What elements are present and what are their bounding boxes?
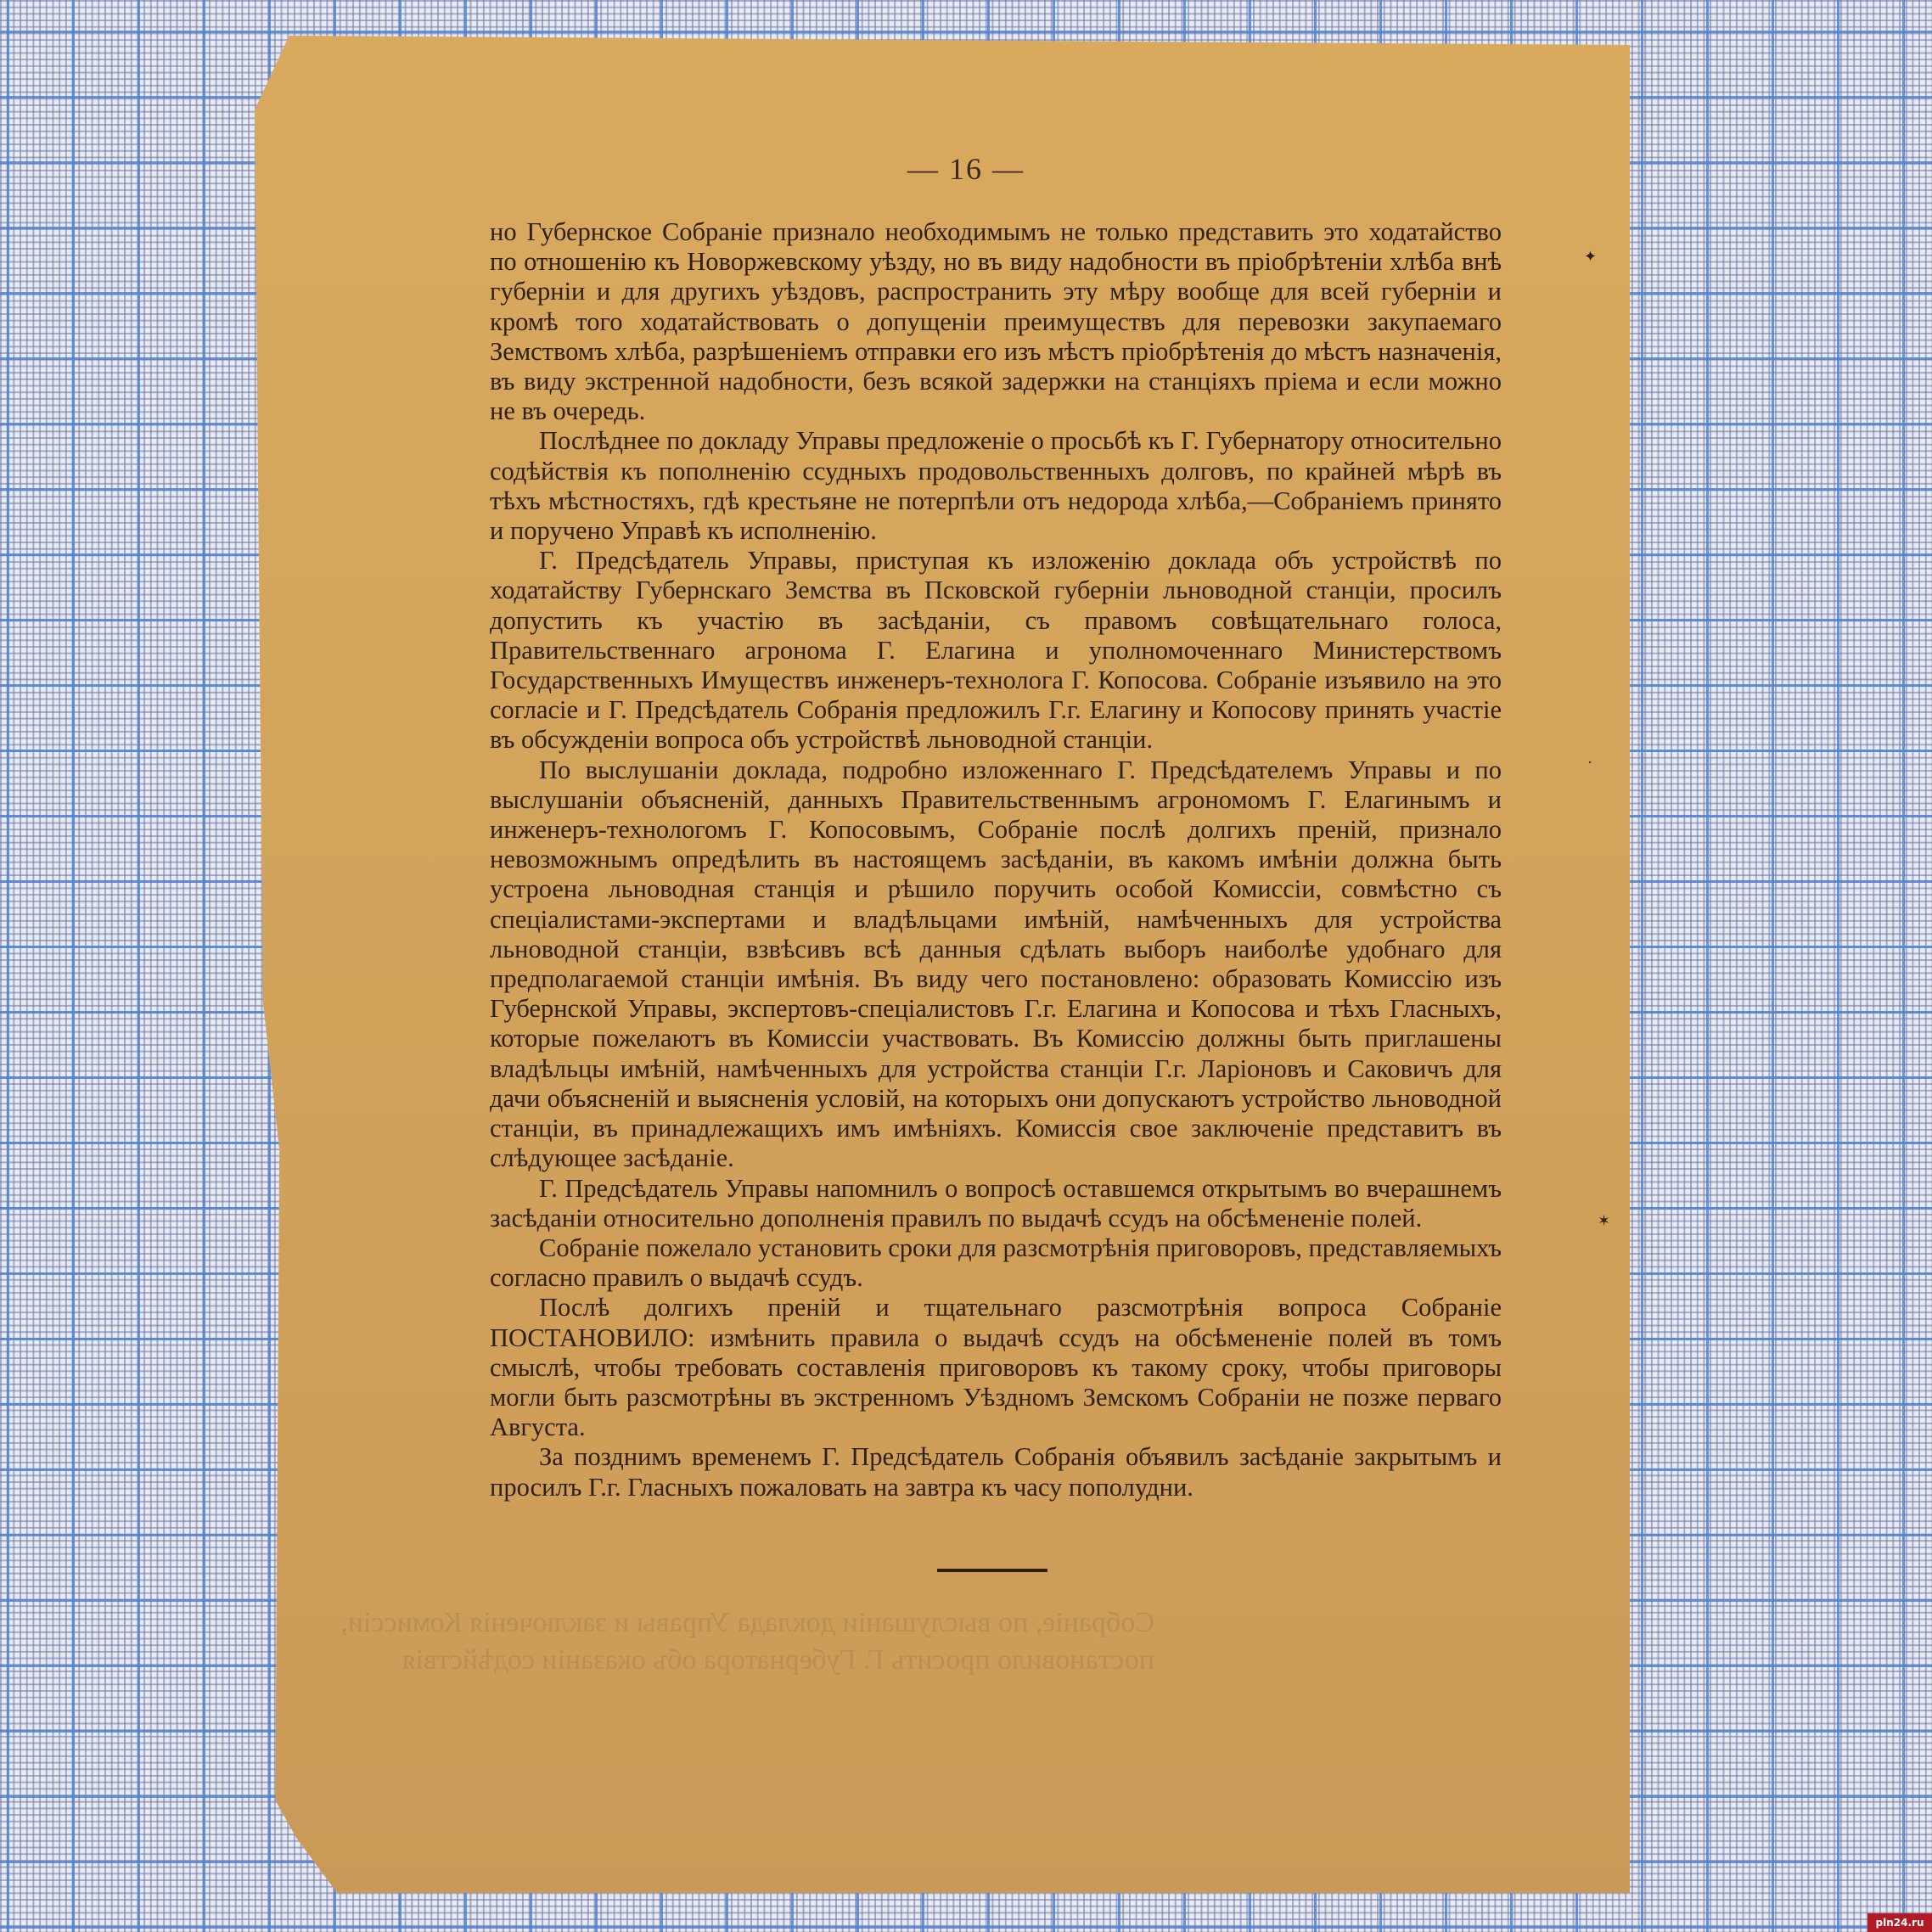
paragraph-closing: За позднимъ временемъ Г. Предсѣдатель Со… bbox=[490, 1442, 1502, 1502]
paragraph-commission-decision: По выслушаніи доклада, подробно изложенн… bbox=[490, 755, 1502, 1174]
paragraph-flax-station-report: Г. Предсѣдатель Управы, приступая къ изл… bbox=[490, 546, 1502, 755]
margin-mark: · bbox=[1587, 754, 1592, 772]
watermark-badge: pln24.ru bbox=[1867, 1913, 1932, 1932]
page-number: — 16 — bbox=[0, 151, 1932, 187]
paragraph-resolution: Послѣ долгихъ преній и тщательнаго разсм… bbox=[490, 1293, 1502, 1442]
paragraph-seed-loans-question: Г. Предсѣдатель Управы напомнилъ о вопро… bbox=[490, 1174, 1502, 1233]
paragraph-loan-request: Послѣднее по докладу Управы предложеніе … bbox=[490, 426, 1502, 546]
body-text: но Губернское Собраніе признало необходи… bbox=[490, 217, 1502, 1502]
end-rule-divider bbox=[937, 1569, 1047, 1572]
paragraph-deadlines: Собраніе пожелало установить сроки для р… bbox=[490, 1233, 1502, 1293]
bleed-through-text: Собраніе, по выслушаніи доклада Управы и… bbox=[255, 1604, 1596, 1842]
margin-mark: ✦ bbox=[1584, 248, 1597, 266]
margin-mark: ✶ bbox=[1598, 1212, 1610, 1230]
paragraph-continuation: но Губернское Собраніе признало необходи… bbox=[490, 217, 1502, 426]
